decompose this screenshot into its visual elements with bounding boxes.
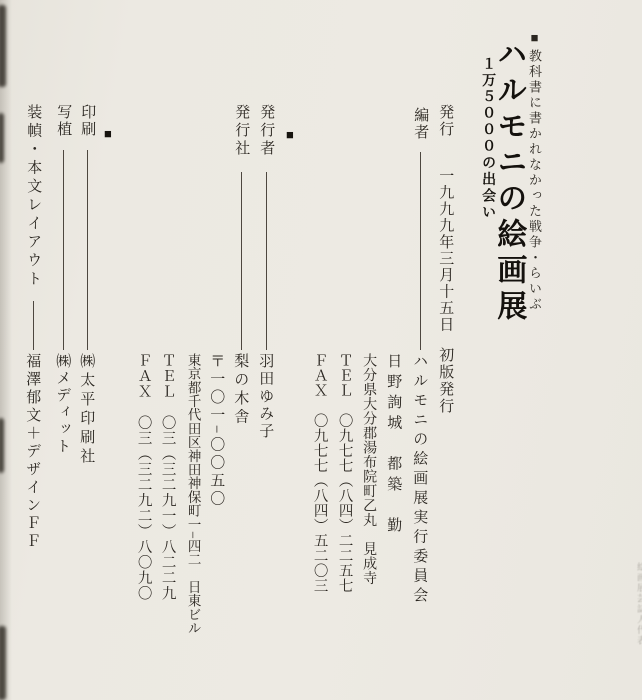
label-design: 装幀・本文レイアウト <box>25 104 41 289</box>
label-editor: 編者 <box>412 107 428 141</box>
publication-date: 一九九九年三月十五日 <box>437 168 453 333</box>
label-printing: 印刷 <box>79 104 95 138</box>
label-publisher-person: 発行者 <box>258 104 274 158</box>
series-header: ■教科書に書かれなかった戦争・らいぶ <box>527 30 541 313</box>
publisher-person-name: 羽田ゆみ子 <box>257 353 273 441</box>
label-publisher-company: 発行社 <box>233 104 249 158</box>
leader-line <box>87 150 88 350</box>
section-marker-icon: ■ <box>104 126 112 142</box>
leader-line <box>266 172 267 350</box>
publisher-postal-code: 〒一〇一−〇〇五〇 <box>208 353 224 508</box>
section-marker-icon: ■ <box>286 127 294 143</box>
page-gutter-shade <box>0 0 12 700</box>
printing-company: ㈱太平印刷社 <box>78 353 94 467</box>
publisher-company-name: 梨の木舎 <box>232 353 248 427</box>
colophon-page: ■教科書に書かれなかった戦争・らいぶ ハルモニの絵画展 １万５０００の出会い 発… <box>0 0 642 700</box>
label-publication: 発行 <box>437 104 453 138</box>
gutter-smudge <box>0 113 4 163</box>
editor-members: 日野詢城 都築 勤 <box>385 353 401 538</box>
design-credit: 福澤郁文＋デザインＦＦ <box>24 353 40 551</box>
gutter-smudge <box>0 5 6 87</box>
typesetting-company: ㈱メディット <box>54 353 70 455</box>
editor-tel: ＴＥＬ 〇九七七（八四）二二五七 <box>336 353 352 593</box>
book-title: ハルモニの絵画展 <box>492 38 524 326</box>
page-edge-bleed-text: 絵画展芸誌人代表 <box>635 562 642 646</box>
label-typesetting: 写植 <box>55 104 71 138</box>
gutter-smudge <box>0 626 6 700</box>
book-subtitle: １万５０００の出会い <box>480 56 495 221</box>
publisher-address: 東京都千代田区神田神保町一−四二 日東ビル <box>185 353 200 635</box>
publisher-fax: ＦＡＸ 〇三（三二九二）八〇九〇 <box>135 353 151 601</box>
gutter-smudge <box>0 418 4 473</box>
leader-line <box>63 150 64 350</box>
leader-line <box>241 172 242 350</box>
editor-address: 大分県大分郡湯布院町乙丸 見成寺 <box>361 353 376 585</box>
leader-line <box>420 152 421 350</box>
publication-edition: 初版発行 <box>437 347 453 415</box>
editor-fax: ＦＡＸ 〇九七七（八四）五二〇三 <box>311 353 327 593</box>
leader-line <box>33 301 34 350</box>
section-marker-icon: ■ <box>527 30 542 49</box>
publisher-tel: ＴＥＬ 〇三（三二九一）八二二九 <box>159 353 175 601</box>
editor-committee: ハルモニの絵画展実行委員会 <box>411 353 427 607</box>
series-title: 教科書に書かれなかった戦争・らいぶ <box>527 49 542 313</box>
